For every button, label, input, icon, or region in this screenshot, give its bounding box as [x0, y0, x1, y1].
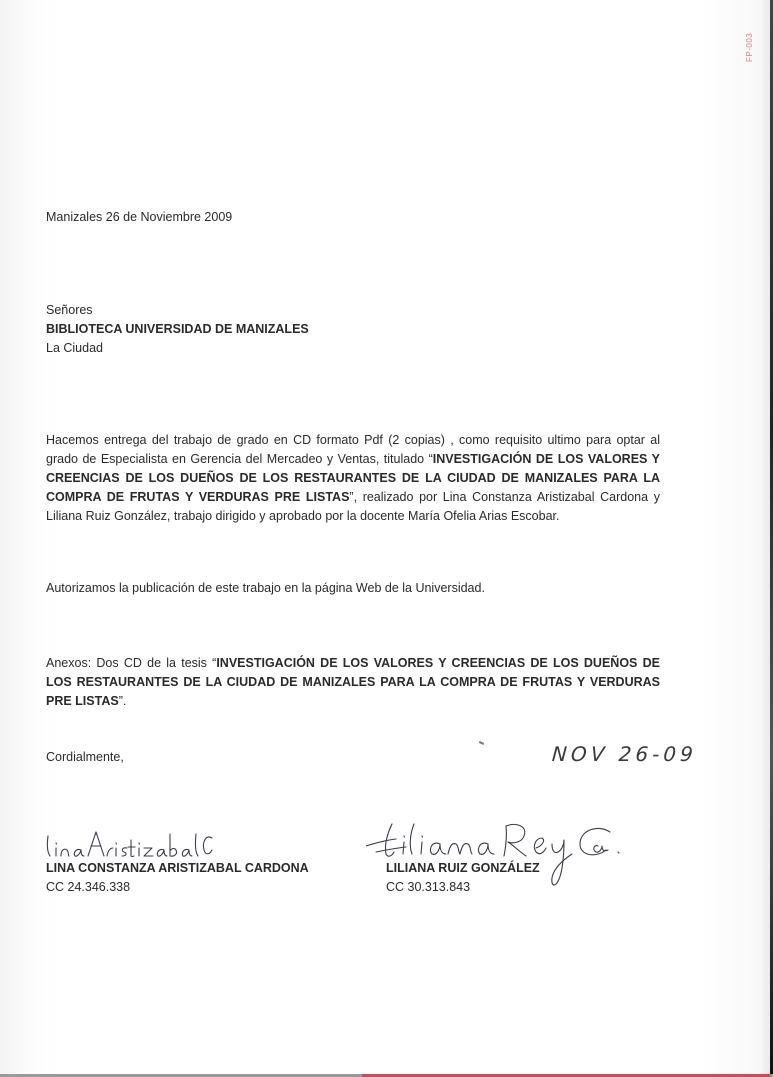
scan-speck [479, 741, 484, 745]
scanned-letter-page: FP-003 Manizales 26 de Noviembre 2009 Se… [0, 0, 773, 1077]
recipient-institution: BIBLIOTECA UNIVERSIDAD DE MANIZALES [46, 320, 309, 339]
signatory-1-name: LINA CONSTANZA ARISTIZABAL CARDONA [46, 859, 309, 878]
signatory-2-id: CC 30.313.843 [386, 878, 470, 897]
recipient-city: La Ciudad [46, 339, 103, 358]
document-code-stamp: FP-003 [745, 33, 754, 62]
signatory-1-id: CC 24.346.338 [46, 878, 130, 897]
authorization-paragraph: Autorizamos la publicación de este traba… [46, 579, 485, 598]
handwritten-date: NOV 26-09 [551, 742, 698, 766]
annexes-outro: ”. [119, 694, 127, 708]
annexes-intro: Anexos: Dos CD de la tesis “ [46, 656, 216, 670]
recipient-salutation: Señores [46, 301, 93, 320]
signature-lina-aristizabal [44, 826, 219, 862]
body-paragraph: Hacemos entrega del trabajo de grado en … [46, 431, 660, 526]
signatory-2-name: LILIANA RUIZ GONZÁLEZ [386, 859, 540, 878]
date-line: Manizales 26 de Noviembre 2009 [46, 208, 232, 227]
annexes-paragraph: Anexos: Dos CD de la tesis “INVESTIGACIÓ… [46, 654, 660, 711]
closing: Cordialmente, [46, 748, 124, 767]
